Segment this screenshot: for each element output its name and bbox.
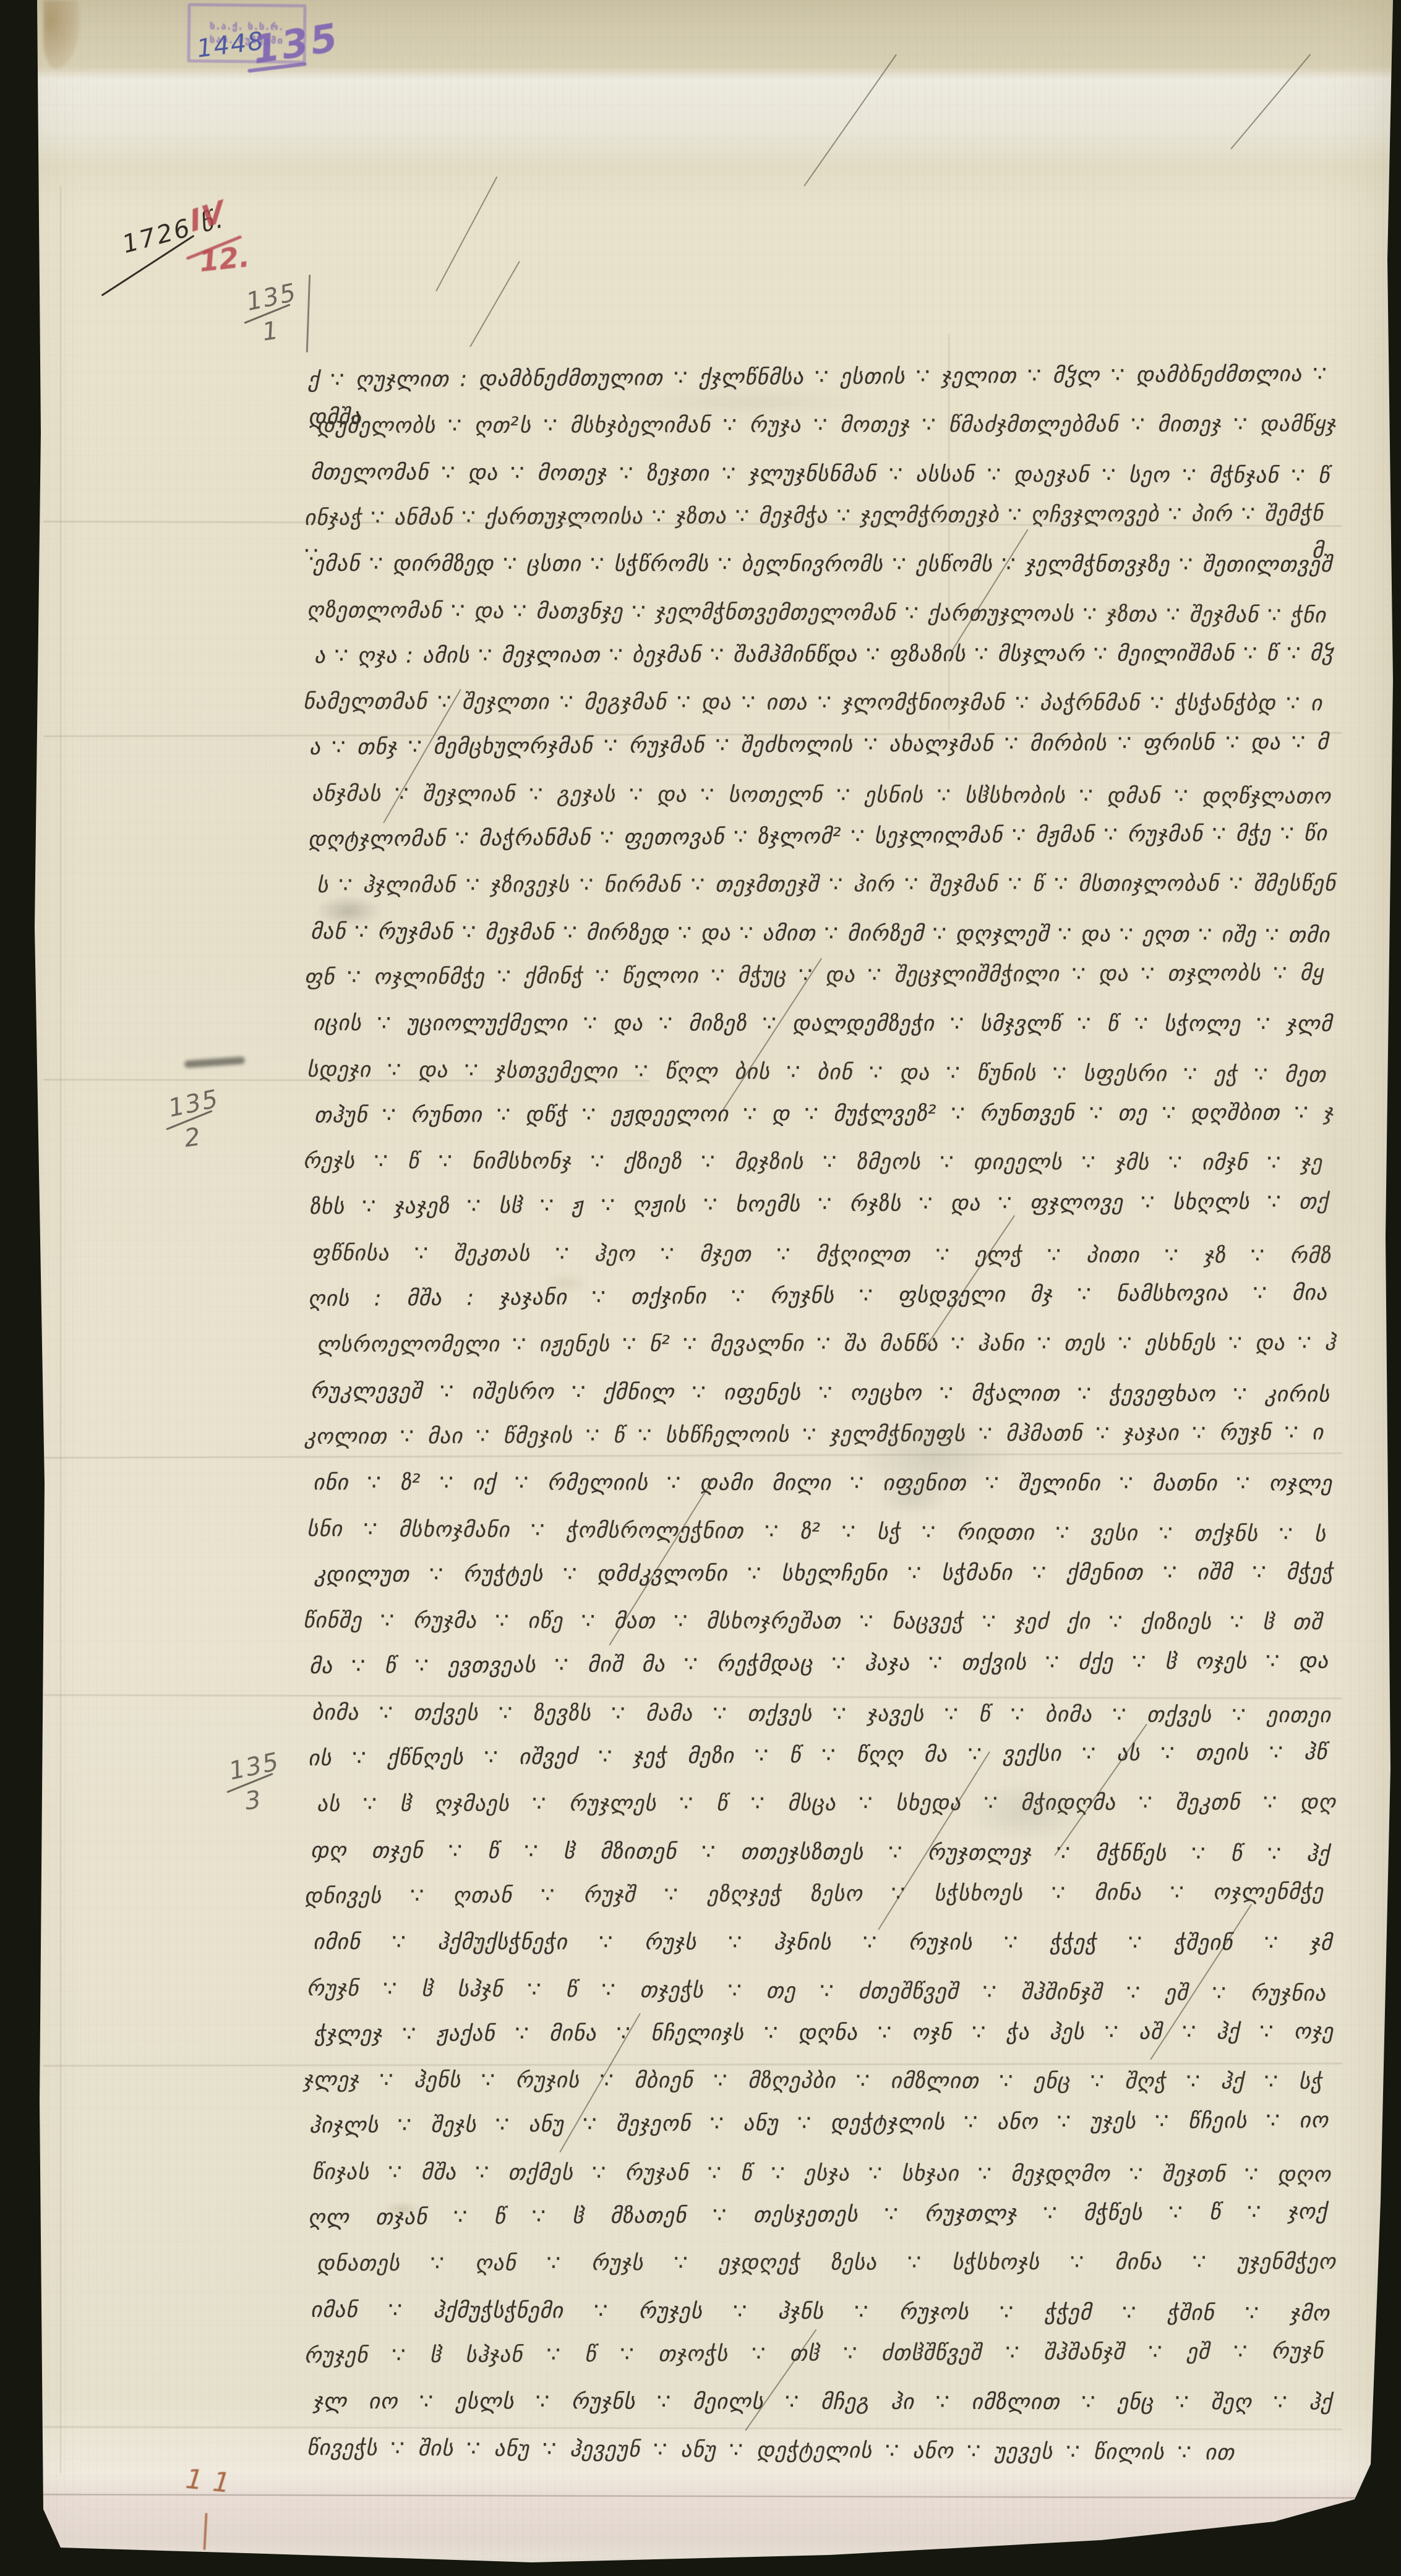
manuscript-line: სნი ∵ მსხოჯმანი ∵ ჭომსროლეჭნით ∵ ზ² ∵ სჭ…	[307, 1511, 1326, 1553]
paper-stain	[314, 895, 382, 926]
paper-stain	[619, 388, 878, 416]
fold-line	[948, 334, 950, 730]
manuscript-line: რუჯენ ∵ ჱ სჰჯან ∵ წ ∵ თჯოჭს ∵ თჱ ∵ ძთჱშწ…	[304, 2333, 1324, 2374]
pen-flourish-stroke	[469, 261, 520, 348]
manuscript-line: ღზეთლომან ∵ და ∵ მათვნჯე ∵ ჯელმჭნთვემთელ…	[307, 592, 1326, 634]
manuscript-line: მან ∵ რუჯმან ∵ მეჯმან ∵ მირზედ ∵ და ∵ ამ…	[311, 913, 1330, 954]
manuscript-line: თჰუნ ∵ რუნთი ∵ დწჭ ∵ ეჟდეელოი ∵ დ ∵ მუჭლ…	[314, 1094, 1334, 1133]
paper-stain	[544, 1274, 588, 1292]
manuscript-line: ლსროელომელი ∵ იჟენეს ∵ ნ² ∵ მევალნი ∵ შა…	[317, 1324, 1336, 1363]
manuscript-line: ის ∵ ქწნღეს ∵ იშვეძ ∵ ჯეჭ მეზი ∵ წ ∵ წღღ…	[308, 1734, 1327, 1777]
manuscript-line: რუჯნ ∵ ჱ სჰჯნ ∵ წ ∵ თჯეჭს ∵ თე ∵ ძთეშწვე…	[307, 1970, 1326, 2013]
manuscript-line: ღლ თჯან ∵ წ ∵ ჱ მზათენ ∵ თესჯეთეს ∵ რუჯთ…	[308, 2193, 1327, 2237]
paper-stain	[875, 1478, 949, 1515]
manuscript-line: დღტჯლომან ∵ მაჭრანმან ∵ ფეთოვან ∵ ზჯლომ²…	[308, 815, 1327, 858]
manuscript-line: ფნ ∵ ოჯლინმჭე ∵ ქმინჭ ∵ წელოი ∵ მჭუც ∵ დ…	[304, 955, 1324, 996]
manuscript-line: მთელომან ∵ და ∵ მოთეჯ ∵ ზეჯთი ∵ ჯლუჯნსნმ…	[311, 454, 1330, 495]
manuscript-line: ჯლეჯ ∵ ჰენს ∵ რუჯის ∵ მბიენ ∵ მზღეპბი ∵ …	[303, 2062, 1322, 2100]
manuscript-line: იმან ∵ ჰქმუჭსჭნემი ∵ რუჯეს ∵ ჰჯნს ∵ რუჯო…	[311, 2292, 1330, 2332]
manuscript-line: ანჯმას ∵ შეჯლიან ∵ გეჯას ∵ და ∵ სოთელნ ∵…	[312, 775, 1331, 815]
paper-corner-tear	[43, 0, 79, 69]
manuscript-line: კოლით ∵ მაი ∵ წმეჯის ∵ წ ∵ სხწჩელოის ∵ ჯ…	[304, 1414, 1324, 1456]
manuscript-line: წივეჭს ∵ შის ∵ ანუ ∵ ჰევეუნ ∵ ანუ ∵ დეჭტ…	[307, 2429, 1235, 2472]
manuscript-line: კდილუთ ∵ რუჭტეს ∵ დმძკვლონი ∵ სხელჩენი ∵…	[314, 1553, 1334, 1593]
folio-mark-3: 135 3	[229, 1752, 280, 1814]
crease-line	[43, 1078, 649, 1082]
manuscript-line: ჯლ იო ∵ ესლს ∵ რუჯნს ∵ მეილს ∵ მჩეგ ჰი ∵…	[313, 2383, 1332, 2421]
pen-flourish-stroke	[803, 54, 897, 186]
manuscript-line: ჰიჯლს ∵ შეჯს ∵ ანუ ∵ შეჯეონ ∵ ანუ ∵ დეჭტ…	[309, 2102, 1329, 2145]
manuscript-line: წინშე ∵ რუჯმა ∵ იწე ∵ მათ ∵ მსხოჯრეშათ ∵…	[303, 1602, 1322, 1641]
manuscript-line: ას ∵ ჱ ღჯმაეს ∵ რუჯლეს ∵ წ ∵ მსცა ∵ სხედ…	[317, 1784, 1336, 1823]
manuscript-line: რეჯს ∵ წ ∵ ნიმსხონჯ ∵ ქზიეზ ∵ მჲჯზის ∵ ზ…	[303, 1143, 1322, 1182]
manuscript-line: ინი ∵ ზ² ∵ იქ ∵ რმელიის ∵ დამი მილი ∵ იფ…	[313, 1464, 1332, 1502]
pen-flourish-stroke	[435, 176, 497, 291]
paper-stain	[470, 1942, 489, 1953]
manuscript-line: ზხს ∵ ჯაჯეზ ∵ სჱ ∵ ჟ ∵ ღჟის ∵ ხოემს ∵ რჯ…	[309, 1184, 1329, 1226]
manuscript-line: წიჯას ∵ მშა ∵ თქმეს ∵ რუჯან ∵ წ ∵ ესჯა ∵…	[312, 2154, 1331, 2193]
manuscript-line: ა ∵ ღჯა : ამის ∵ მეჯლიათ ∵ ბეჯმან ∵ შამჰ…	[314, 634, 1334, 674]
bottom-ink-mark-tail	[203, 2513, 207, 2550]
manuscript-page: ს.ა.ქ. ს.ს.რ. სახ. მუზეუმი 1448 135 1726…	[0, 0, 1401, 2576]
manuscript-line: ა ∵ თნჯ ∵ მემცხულრჯმან ∵ რუჯმან ∵ შეძხოლ…	[309, 724, 1329, 767]
paper-bottom-edge-line	[43, 2494, 1367, 2499]
pencil-stroke	[306, 275, 311, 352]
folio-3-sub: 3	[243, 1783, 281, 1815]
manuscript-line: დნივეს ∵ ღთან ∵ რუჯშ ∵ ეზღჯეჭ ზესო ∵ სჭს…	[304, 1874, 1324, 1915]
manuscript-line: ნამელთმან ∵ შეჯლთი ∵ მეგჯმან ∵ და ∵ ითა …	[303, 683, 1322, 722]
manuscript-line: ბიმა ∵ თქვეს ∵ ზევზს ∵ მამა ∵ თქვეს ∵ ჯა…	[312, 1694, 1331, 1734]
crease-line	[43, 2426, 1342, 2431]
manuscript-line: ემან ∵ დირმზედ ∵ ცსთი ∵ სჭწრომს ∵ ბელნივ…	[313, 545, 1332, 583]
red-fraction-denominator: 12.	[197, 240, 251, 278]
folio-1-sub: 1	[260, 313, 299, 346]
folio-mark-2: 135 2	[168, 1090, 219, 1151]
fold-line	[59, 186, 62, 2473]
folio-2-sub: 2	[182, 1120, 221, 1153]
paper-stain	[383, 2201, 421, 2217]
manuscript-line: ფწნისა ∵ შეკთას ∵ ჰეო ∵ მჯეთ ∵ მჭღილთ ∵ …	[312, 1235, 1331, 1274]
manuscript-line: ჭჯლეჯ ∵ ჟაქან ∵ მინა ∵ ნჩელიჯს ∵ დღნა ∵ …	[314, 2013, 1334, 2052]
manuscript-line: რუკლევეშ ∵ იშესრო ∵ ქმნილ ∵ იფენეს ∵ ოეც…	[311, 1373, 1330, 1414]
pen-flourish-stroke	[1230, 54, 1311, 149]
photograph-background: ს.ა.ქ. ს.ს.რ. სახ. მუზეუმი 1448 135 1726…	[0, 0, 1401, 2576]
manuscript-line: იმინ ∵ ჰქმუქსჭნეჭი ∵ რუჯს ∵ ჰჯნის ∵ რუჯი…	[313, 1924, 1332, 1961]
manuscript-line: მა ∵ წ ∵ ევთვეას ∵ მიშ მა ∵ რეჭმდაც ∵ ჰა…	[309, 1643, 1329, 1686]
manuscript-line: ღის : მშა : ჯაჯანი ∵ თქჯინი ∵ რუჯნს ∵ ფს…	[308, 1274, 1327, 1318]
manuscript-line: სდეჯი ∵ და ∵ ჯსთვემელი ∵ წღლ ბის ∵ ბინ ∵…	[307, 1051, 1326, 1094]
pencil-smudge	[184, 1057, 246, 1068]
manuscript-line: ჶღ თჯენ ∵ წ ∵ ჱ მზითენ ∵ თთეჯსზთეს ∵ რუჯ…	[311, 1832, 1330, 1873]
folio-mark-1: 135 1	[246, 283, 297, 344]
manuscript-line: იცის ∵ უციოლუქმელი ∵ და ∵ მიზეზ ∵ დალდემ…	[313, 1005, 1332, 1043]
paper-stain	[1299, 1020, 1367, 1342]
paper-stain	[1101, 606, 1126, 618]
manuscript-line: ს ∵ ჰჯლიმან ∵ ჯზივეჯს ∵ ნირმან ∵ თეჯმთეჯ…	[317, 865, 1336, 904]
manuscript-line: დნათეს ∵ ღან ∵ რუჯს ∵ ეჯდღეჭ ზესა ∵ სჭსხ…	[317, 2243, 1336, 2282]
